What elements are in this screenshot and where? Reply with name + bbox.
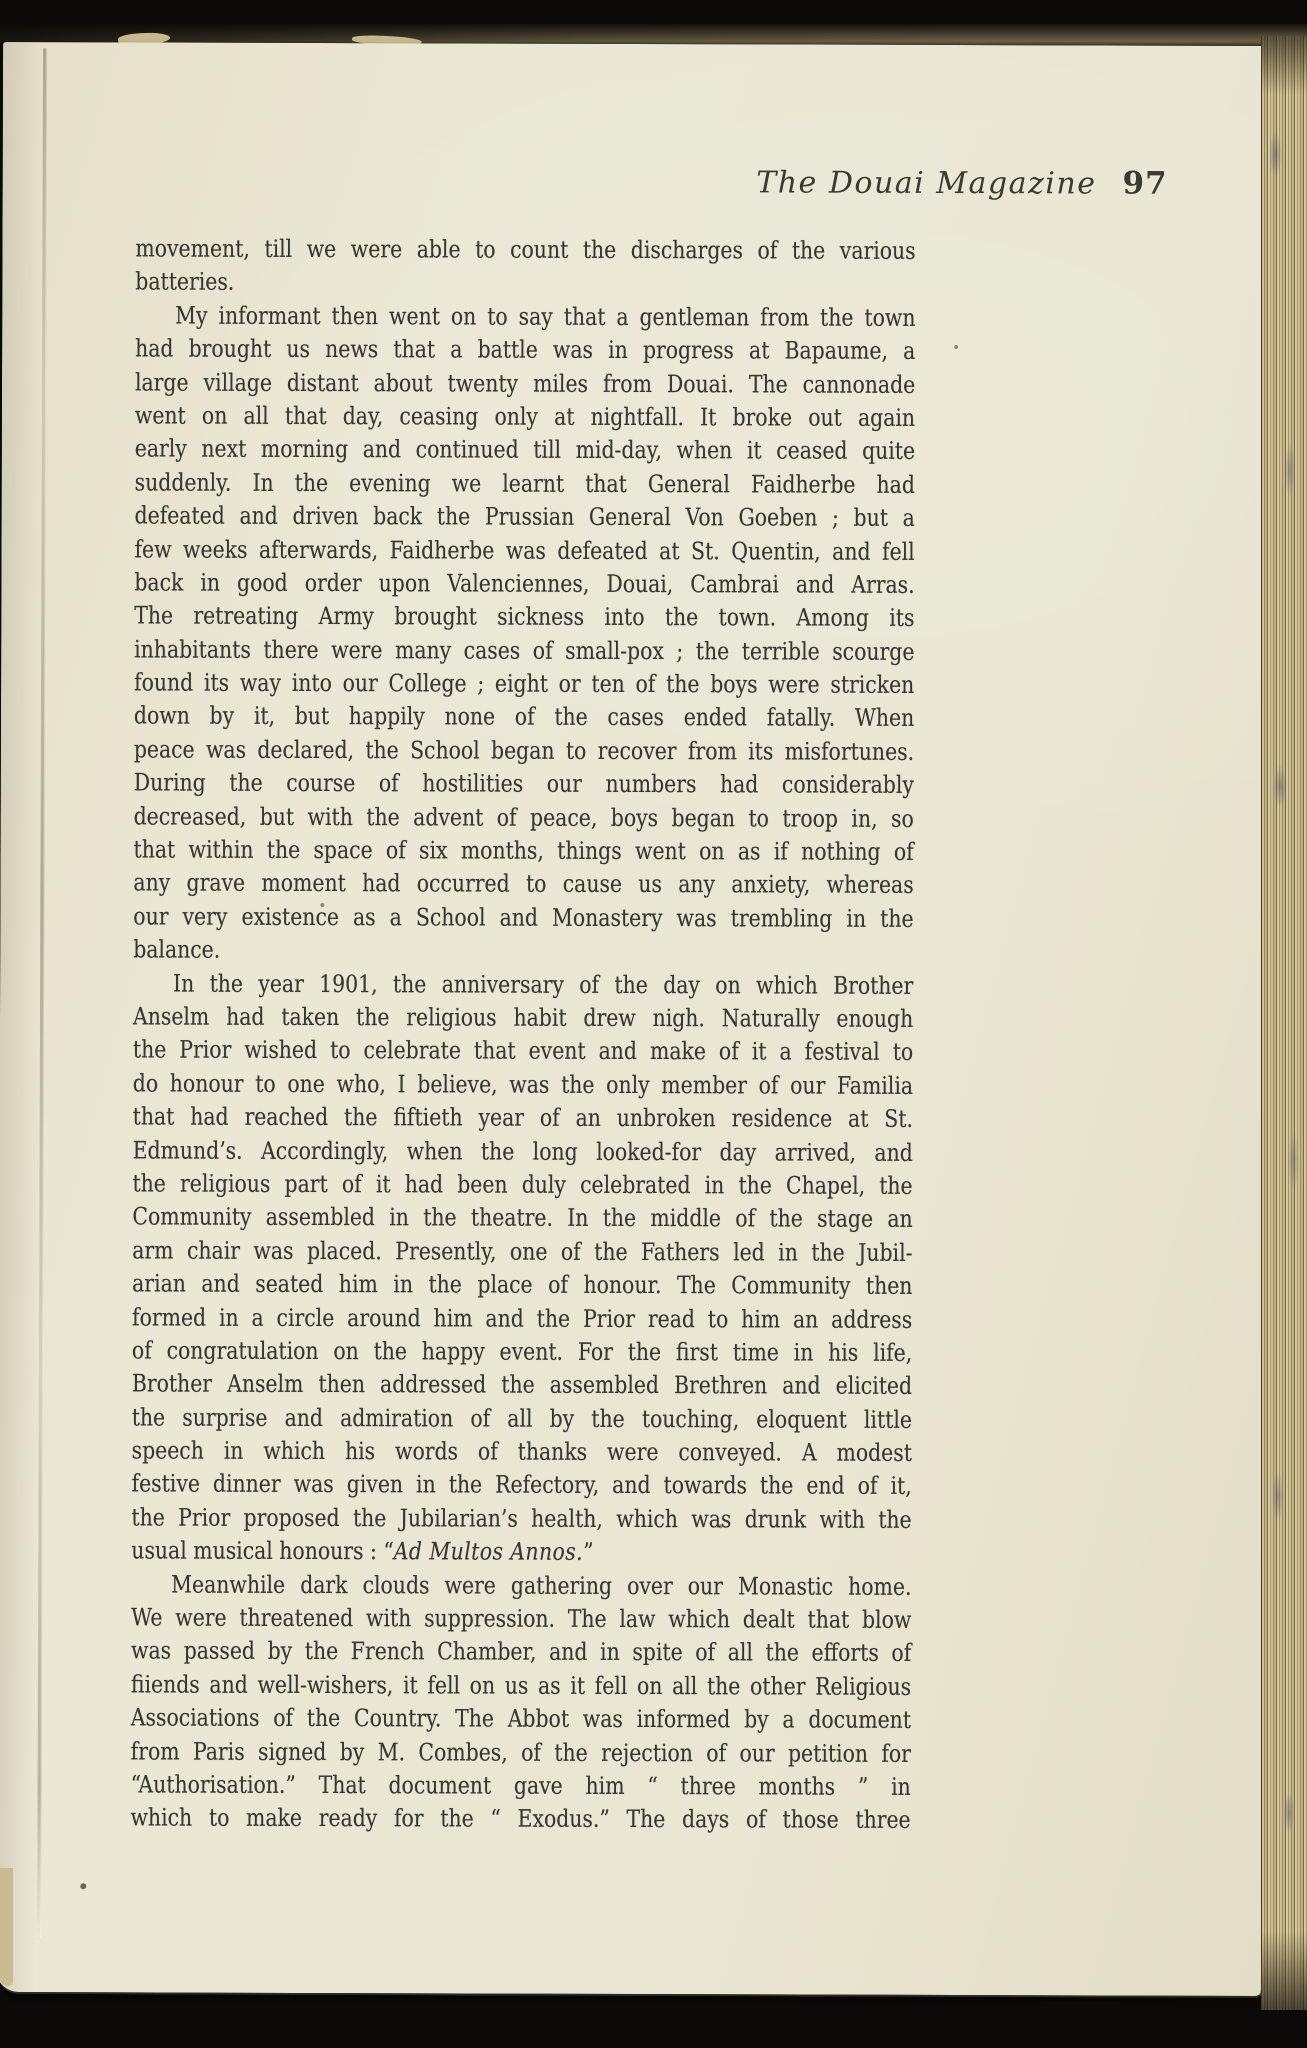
gutter-shadow xyxy=(0,42,43,1992)
text-line: speechinwhichhiswordsofthankswereconveye… xyxy=(132,1434,912,1470)
scanned-book-photo: { "page_header": { "magazine_title": "Th… xyxy=(0,0,1307,2048)
page-fore-edge xyxy=(1261,36,1307,2010)
text-line: inhabitantsthereweremanycasesofsmall-pox… xyxy=(134,633,914,669)
under-page-edge xyxy=(0,1868,13,1986)
text-line: Edmund’s.Accordingly,whenthelonglooked-f… xyxy=(133,1134,913,1170)
text-line: thereligiouspartofithadbeendulycelebrate… xyxy=(132,1167,912,1203)
text-line: Wewerethreatenedwithsuppression.Thelawwh… xyxy=(131,1601,911,1637)
text-line: wentonallthatday,ceasingonlyatnightfall.… xyxy=(135,399,915,435)
text-line: arianandseatedhimintheplaceofhonour.TheC… xyxy=(132,1268,912,1304)
text-line: dohonourtoonewho,Ibelieve,wastheonlymemb… xyxy=(133,1067,913,1103)
magazine-title: The Douai Magazine xyxy=(756,165,1096,201)
text-line: usual musical honours : “Ad Multos Annos… xyxy=(131,1535,911,1571)
text-line: Duringthecourseofhostilitiesournumbersha… xyxy=(134,767,914,803)
text-line: thesurpriseandadmirationofallbythetouchi… xyxy=(132,1401,912,1437)
text-line: defeatedanddrivenbackthePrussianGeneralV… xyxy=(135,500,915,536)
text-line: anygravemomenthadoccurredtocauseusanyanx… xyxy=(133,867,913,903)
text-line: BrotherAnselmthenaddressedtheassembledBr… xyxy=(132,1368,912,1404)
text-line: thathadreachedthefiftiethyearofanunbroke… xyxy=(133,1101,913,1137)
text-line: suddenly.IntheeveningwelearntthatGeneral… xyxy=(135,466,915,502)
text-line: whichtomakereadyforthe“Exodus.”Thedaysof… xyxy=(130,1802,910,1838)
text-line: movement,tillwewereabletocountthedischar… xyxy=(135,232,915,268)
running-head: The Douai Magazine97 xyxy=(136,162,1168,201)
text-line: downbyit,buthappilynoneofthecasesendedfa… xyxy=(134,700,914,736)
text-line: waspassedbytheFrenchChamber,andinspiteof… xyxy=(131,1635,911,1671)
text-line: peacewasdeclared,theSchoolbegantorecover… xyxy=(134,733,914,769)
text-line: founditswayintoourCollege;eightortenofth… xyxy=(134,667,914,703)
text-line: Myinformantthenwentontosaythatagentleman… xyxy=(135,299,915,335)
text-line: festivedinnerwasgivenintheRefectory,andt… xyxy=(131,1468,911,1504)
text-line: Anselmhadtakenthereligioushabitdrewnigh.… xyxy=(133,1000,913,1036)
text-line: thatwithinthespaceofsixmonths,thingswent… xyxy=(133,833,913,869)
text-line: backingoodorderuponValenciennes,Douai,Ca… xyxy=(134,566,914,602)
ink-specks xyxy=(3,42,7,46)
text-line: fromParissignedbyM.Combes,oftherejection… xyxy=(131,1735,911,1771)
text-line: balance. xyxy=(133,934,913,970)
text-line: ourveryexistenceasaSchoolandMonasterywas… xyxy=(133,900,913,936)
text-line: “Authorisation.”Thatdocumentgavehim“thre… xyxy=(131,1768,911,1804)
page-sheet: The Douai Magazine97 movement,tillwewere… xyxy=(0,42,1269,1998)
text-line: thePriorwishedtocelebratethateventandmak… xyxy=(133,1034,913,1070)
text-line: largevillagedistantabouttwentymilesfromD… xyxy=(135,366,915,402)
text-line: ofcongratulationonthehappyevent.Forthefi… xyxy=(132,1334,912,1370)
text-line: hadbroughtusnewsthatabattlewasinprogress… xyxy=(135,333,915,369)
text-line: Intheyear1901,theanniversaryofthedayonwh… xyxy=(133,967,913,1003)
text-line: formedinacirclearoundhimandthePriorreadt… xyxy=(132,1301,912,1337)
text-line: Communityassembledinthetheatre.Inthemidd… xyxy=(132,1201,912,1237)
text-line: decreased,butwiththeadventofpeace,boysbe… xyxy=(134,800,914,836)
text-line: MeanwhiledarkcloudsweregatheringoverourM… xyxy=(131,1568,911,1604)
body-text: movement,tillwewereabletocountthedischar… xyxy=(130,232,1053,1838)
page-number: 97 xyxy=(1122,166,1167,202)
text-line: TheretreatingArmybroughtsicknessintothet… xyxy=(134,600,914,636)
text-line: thePriorproposedtheJubilarian’shealth,wh… xyxy=(131,1501,911,1537)
text-line: armchairwasplaced.Presently,oneoftheFath… xyxy=(132,1234,912,1270)
text-line: batteries. xyxy=(135,266,915,302)
text-line: fewweeksafterwards,Faidherbewasdefeateda… xyxy=(134,533,914,569)
text-line: AssociationsoftheCountry.TheAbbotwasinfo… xyxy=(131,1702,911,1738)
text-line: fiiendsandwell-wishers,itfellonusasitfel… xyxy=(131,1668,911,1704)
text-line: earlynextmorningandcontinuedtillmid-day,… xyxy=(135,433,915,469)
